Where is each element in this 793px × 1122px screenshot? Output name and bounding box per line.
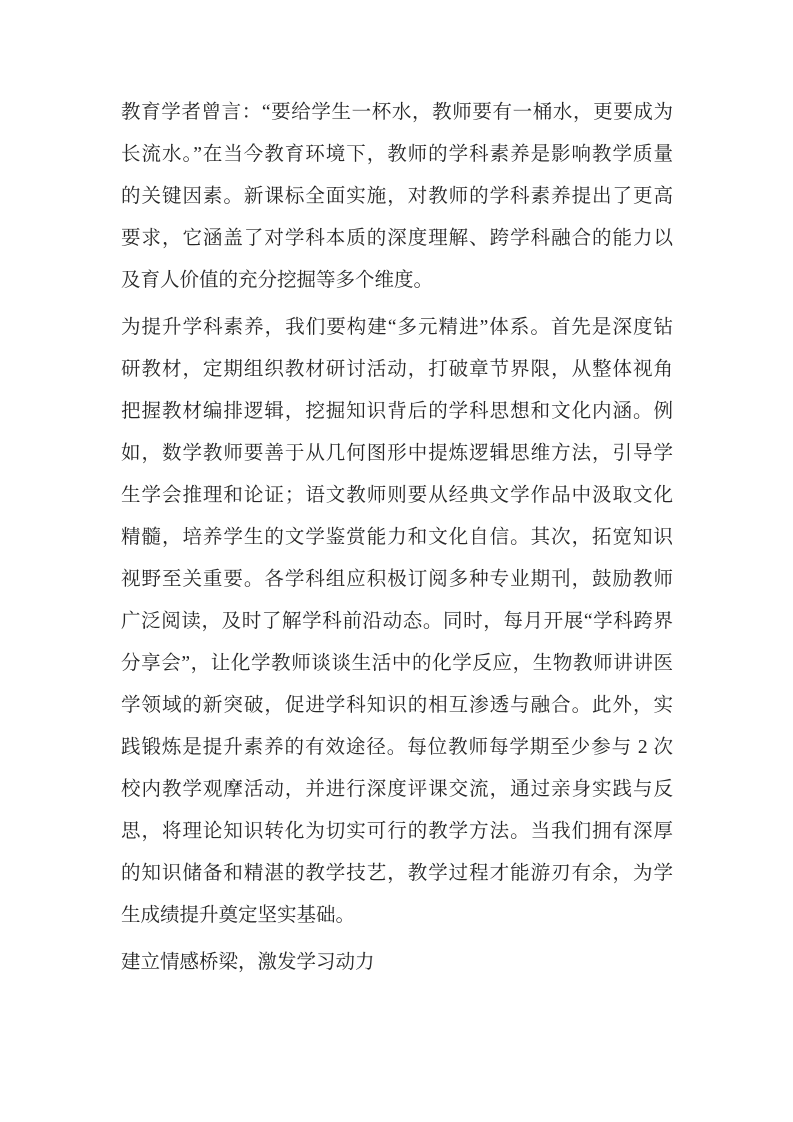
text-line: 长流水。”在当今教育环境下，教师的学科素养是影响教学质量 (121, 134, 673, 176)
text-line: 把握教材编排逻辑，挖掘知识背后的学科思想和文化内涵。例 (121, 391, 673, 433)
text-line: 广泛阅读，及时了解学科前沿动态。同时，每月开展“学科跨界 (121, 601, 673, 643)
text-line: 教育学者曾言：“要给学生一杯水，教师要有一桶水，更要成为 (121, 92, 673, 134)
body-paragraph: 为提升学科素养，我们要构建“多元精进”体系。首先是深度钻研教材，定期组织教材研讨… (121, 307, 673, 937)
text-line: 为提升学科素养，我们要构建“多元精进”体系。首先是深度钻 (121, 307, 673, 349)
text-line: 视野至关重要。各学科组应积极订阅多种专业期刊，鼓励教师 (121, 559, 673, 601)
text-line: 建立情感桥梁，激发学习动力 (121, 942, 673, 984)
document-content: 教育学者曾言：“要给学生一杯水，教师要有一桶水，更要成为长流水。”在当今教育环境… (121, 92, 673, 989)
text-line: 的关键因素。新课标全面实施，对教师的学科素养提出了更高 (121, 176, 673, 218)
text-line: 思，将理论知识转化为切实可行的教学方法。当我们拥有深厚 (121, 811, 673, 853)
text-line: 要求，它涵盖了对学科本质的深度理解、跨学科融合的能力以 (121, 218, 673, 260)
text-line: 的知识储备和精湛的教学技艺，教学过程才能游刃有余，为学 (121, 853, 673, 895)
section-heading: 建立情感桥梁，激发学习动力 (121, 942, 673, 984)
text-line: 研教材，定期组织教材研讨活动，打破章节界限，从整体视角 (121, 349, 673, 391)
text-line: 分享会”，让化学教师谈谈生活中的化学反应，生物教师讲讲医 (121, 643, 673, 685)
text-line: 学领域的新突破，促进学科知识的相互渗透与融合。此外，实 (121, 685, 673, 727)
intro-paragraph: 教育学者曾言：“要给学生一杯水，教师要有一桶水，更要成为长流水。”在当今教育环境… (121, 92, 673, 302)
text-line: 校内教学观摩活动，并进行深度评课交流，通过亲身实践与反 (121, 769, 673, 811)
document-page: 教育学者曾言：“要给学生一杯水，教师要有一桶水，更要成为长流水。”在当今教育环境… (0, 0, 793, 1122)
text-line: 精髓，培养学生的文学鉴赏能力和文化自信。其次，拓宽知识 (121, 517, 673, 559)
text-line: 生成绩提升奠定坚实基础。 (121, 895, 673, 937)
text-line: 及育人价值的充分挖掘等多个维度。 (121, 260, 673, 302)
text-line: 生学会推理和论证；语文教师则要从经典文学作品中汲取文化 (121, 475, 673, 517)
text-line: 如，数学教师要善于从几何图形中提炼逻辑思维方法，引导学 (121, 433, 673, 475)
text-line: 践锻炼是提升素养的有效途径。每位教师每学期至少参与 2 次 (121, 727, 673, 769)
